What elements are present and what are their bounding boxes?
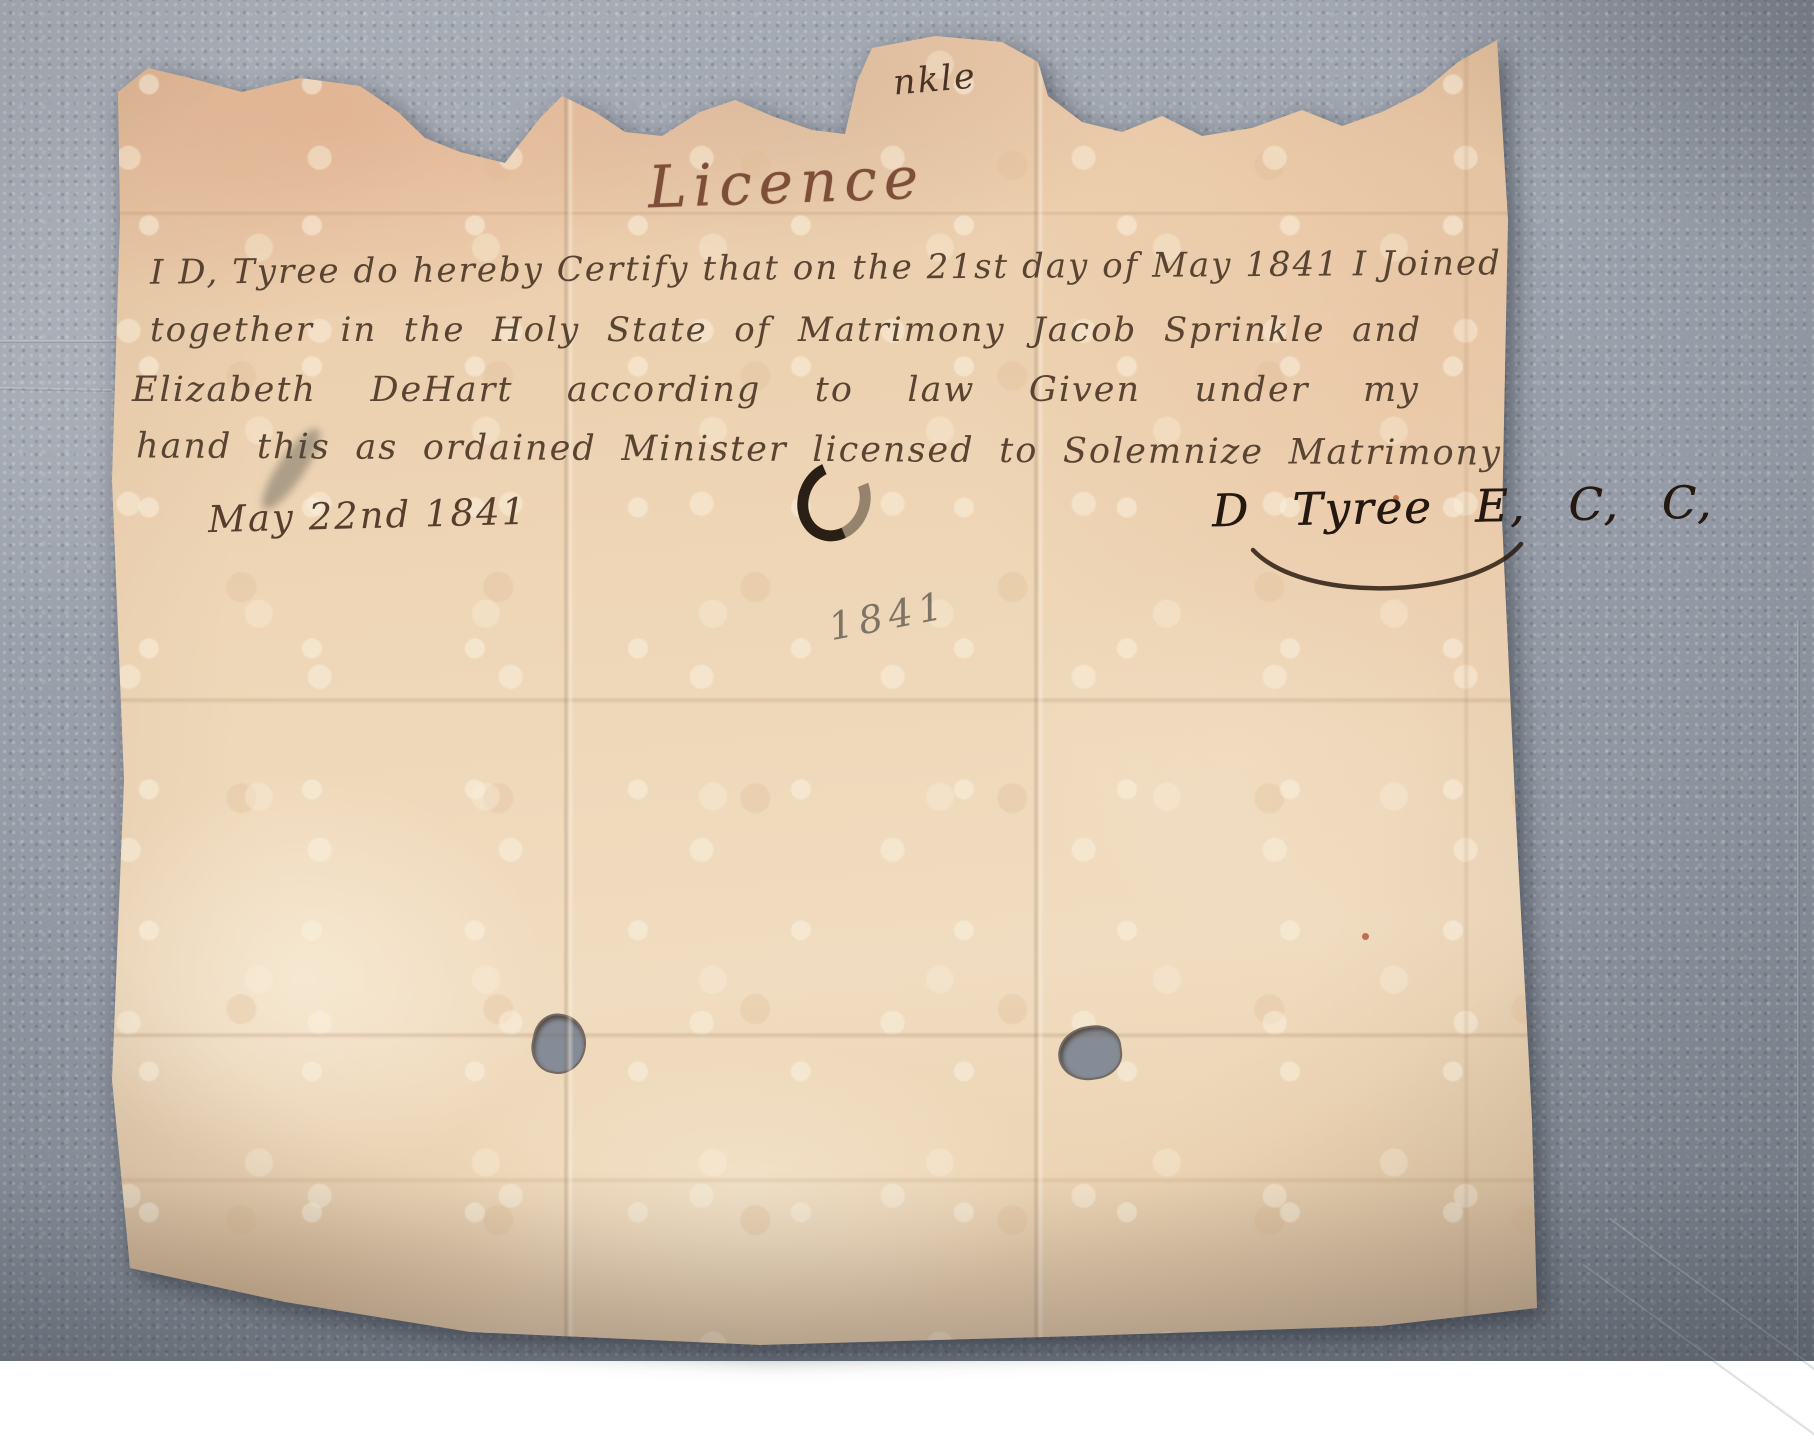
body-line-3: ElizabethDeHartaccordingtolawGivenunderm… xyxy=(132,370,1420,410)
word: that xyxy=(702,248,780,289)
word: to xyxy=(815,370,854,410)
word: under xyxy=(1195,370,1310,410)
word: ordained xyxy=(423,428,597,469)
word: the xyxy=(404,310,466,350)
word: Minister xyxy=(621,429,787,470)
body-line-1: ID,TyreedoherebyCertifythatonthe21stdayo… xyxy=(150,243,1502,292)
word: of xyxy=(734,310,771,350)
word: of xyxy=(1102,246,1139,286)
word: day xyxy=(1022,246,1090,286)
word: law xyxy=(907,370,975,410)
word: Matrimony xyxy=(798,310,1006,350)
word: my xyxy=(1363,370,1420,410)
word: D, xyxy=(178,252,219,292)
word: I xyxy=(1353,244,1369,284)
word: on xyxy=(793,248,840,288)
word: Given xyxy=(1029,370,1141,410)
body-line-2: togetherintheHolyStateofMatrimonyJacobSp… xyxy=(150,310,1422,350)
word: State xyxy=(607,310,708,350)
word: Sprinkle xyxy=(1164,310,1326,350)
word: to xyxy=(999,431,1038,471)
photo-scene: nkle Licence ID,TyreedoherebyCertifythat… xyxy=(0,0,1814,1361)
word: Certify xyxy=(557,249,690,290)
document-title: Licence xyxy=(647,143,959,222)
word: and xyxy=(1352,310,1422,350)
stray-year-pencil: 1841 xyxy=(825,583,952,649)
word: May xyxy=(1152,245,1233,286)
word: Jacob xyxy=(1032,310,1137,350)
word: hand xyxy=(136,426,233,467)
word: in xyxy=(340,310,377,350)
word: Solemnize xyxy=(1063,431,1264,472)
word: Elizabeth xyxy=(132,370,317,410)
word: Matrimony xyxy=(1289,432,1502,473)
date-line: May 22nd 1841 xyxy=(207,490,527,541)
word: together xyxy=(150,310,314,350)
word: hereby xyxy=(412,250,544,291)
word: Joined xyxy=(1381,243,1502,284)
word: do xyxy=(353,251,400,291)
word: Tyree xyxy=(232,251,341,292)
handwriting-layer: nkle Licence ID,TyreedoherebyCertifythat… xyxy=(0,0,1814,1361)
word: 1841 xyxy=(1245,244,1340,285)
signature-flourish xyxy=(1245,538,1530,598)
word: as xyxy=(355,428,398,468)
word: the xyxy=(852,247,914,287)
signature: D Tyree E, C, C, xyxy=(1212,476,1714,538)
torn-fragment-text: nkle xyxy=(891,56,978,103)
word: I xyxy=(150,253,166,293)
word: Holy xyxy=(492,310,580,350)
word: according xyxy=(567,370,761,410)
word: 21st xyxy=(927,247,1010,288)
word: DeHart xyxy=(370,370,513,410)
